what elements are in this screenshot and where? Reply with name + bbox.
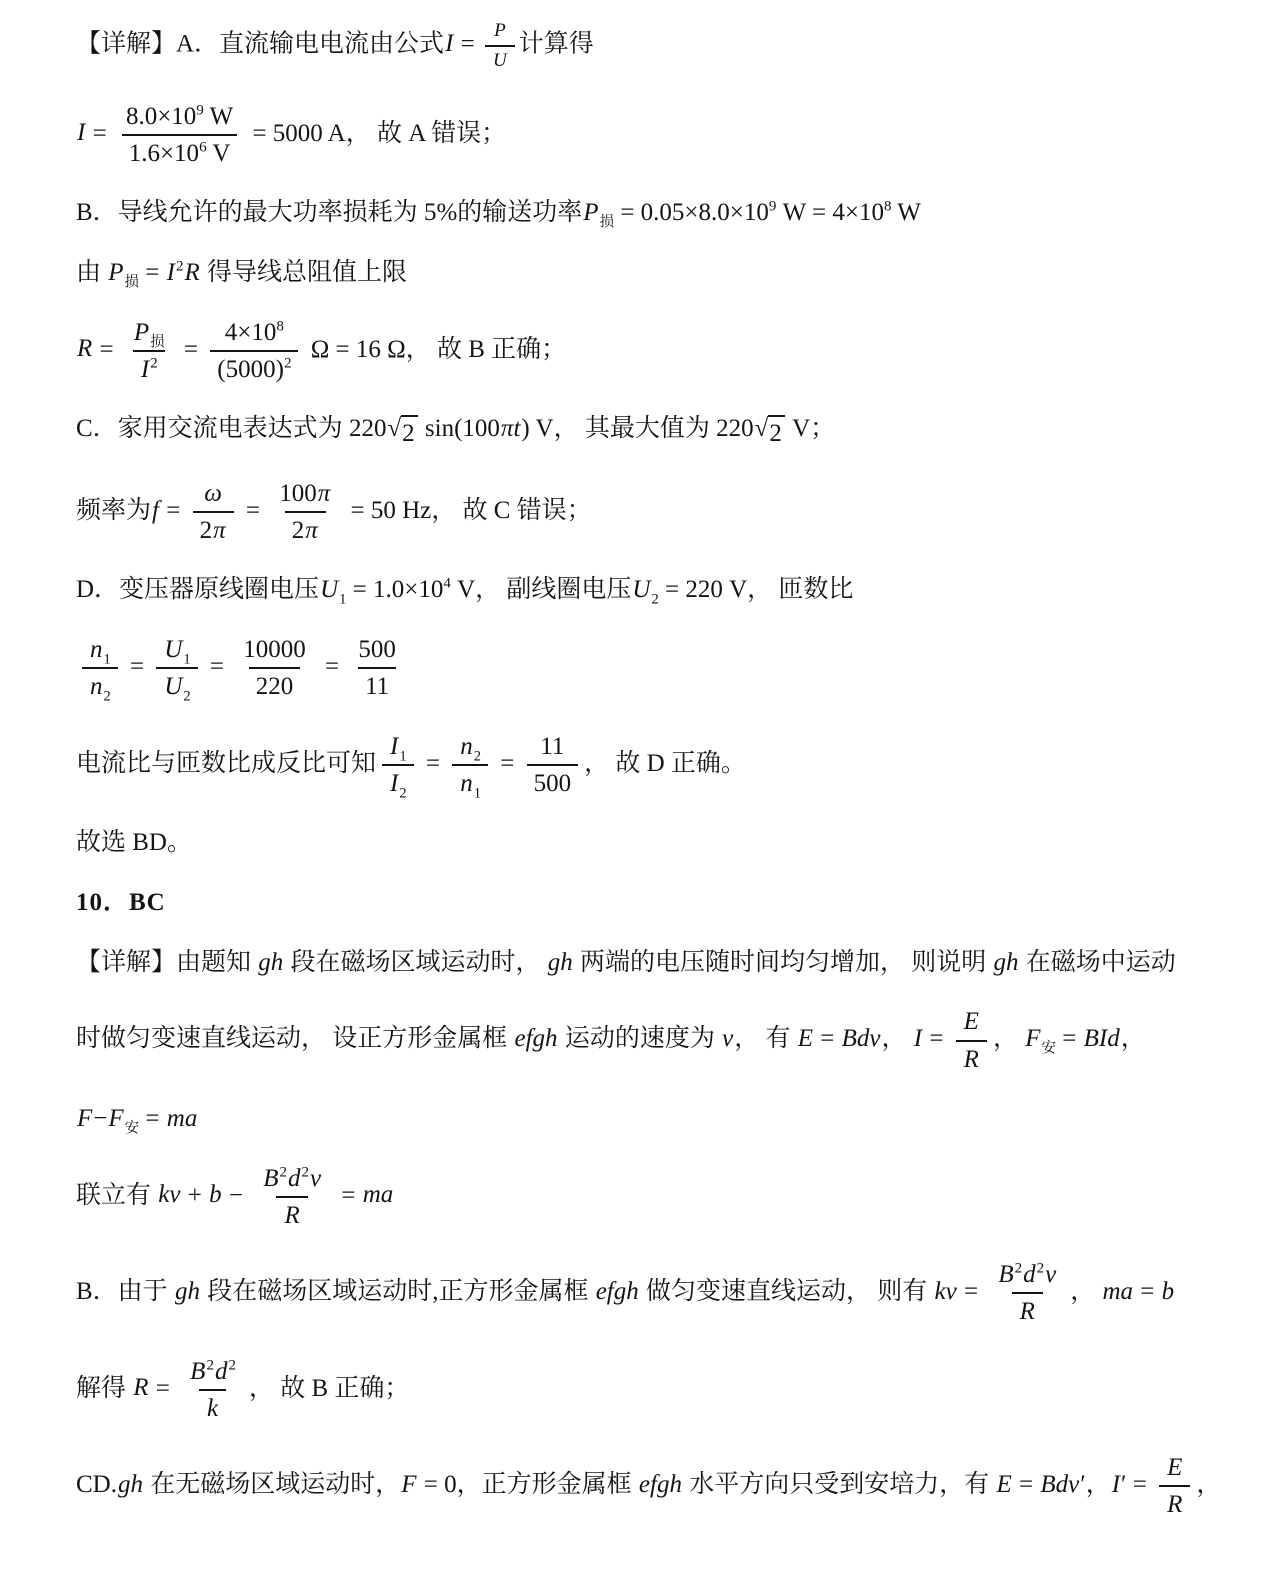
fraction-numerator: ω [196,477,230,511]
math-variable: d [287,1165,302,1192]
math-fraction: U1U2 [156,633,197,704]
q10-option-b: B．由于 gh 段在磁场区域运动时,正方形金属框 efgh 做匀变速直线运动， … [76,1258,1228,1329]
fraction-denominator: I2 [382,764,414,800]
text-run: ； [810,415,835,442]
fraction-denominator: 2π [285,511,326,547]
math-text: = 1.0×10 [346,576,443,603]
fraction-denominator: I2 [133,350,165,386]
math-text: = [93,335,120,362]
text-run: 【详解】A．直流输电电流由公式 [76,30,444,57]
subscripted-variable: P损 [582,196,614,230]
math-variable: R [1166,1491,1183,1518]
radicand: 2 [768,415,785,451]
math-variable: U [492,50,508,71]
square-root: √2 [387,415,417,451]
text-run: B．导线允许的最大功率损耗为 [76,199,424,226]
math-text: W [891,199,920,226]
math-variable: b [208,1181,223,1208]
math-variable: P [133,319,150,346]
math-text: Ω = 16 Ω [304,335,405,362]
math-variable: ma [1101,1278,1134,1305]
math-text: = [958,1278,985,1305]
subscript: 2 [399,785,406,801]
radical-sign-icon: √ [387,415,401,451]
math-fraction: B2d2k [182,1355,243,1426]
subscripted-variable: U1 [163,634,190,665]
fraction-denominator: 11 [358,667,396,703]
math-variable: ma [166,1105,199,1132]
text-run: 两端的电压随时间均匀增加， 则说明 [574,949,993,976]
q9-frequency-formula: 频率为f = ω2π = 100π2π = 50 Hz， 故 C 错误； [76,477,1228,548]
math-fraction: 100π2π [272,477,338,548]
text-run: ， [1196,1471,1221,1498]
math-text: = [86,119,113,146]
math-variable: U [163,636,183,663]
math-variable: gh [117,1471,144,1498]
text-run: ， 故 D 正确。 [584,749,746,776]
radical-sign-icon: √ [755,415,769,451]
text-run: 解得 [76,1374,132,1401]
q9-resistance-formula: R = P损I2 = 4×108(5000)2 Ω = 16 Ω， 故 B 正确… [76,316,1228,387]
text-run: 【详解】由题知 [76,949,257,976]
math-variable: v [309,1165,322,1192]
subscripted-variable: U1 [319,573,346,607]
math-variable: ω [203,480,223,507]
math-variable: P [493,20,507,41]
fraction-numerator: n2 [452,730,488,764]
math-fraction: n1n2 [82,633,118,704]
math-text: = 0.05×8.0×10 [614,199,769,226]
fraction-numerator: E [956,1005,987,1039]
fraction-numerator: E [1159,1451,1190,1485]
math-variable: P [582,199,599,226]
math-text: + [181,1181,208,1208]
text-run: ， 副线圈电压 [475,576,631,603]
subscripted-variable: F安 [107,1102,139,1136]
math-variable: B [262,1165,279,1192]
math-text: = [420,749,447,776]
q9-turns-ratio-formula: n1n2 = U1U2 = 10000220 = 50011 [76,633,1228,704]
superscript: 4 [443,576,451,592]
math-variable: b [1161,1278,1176,1305]
math-text: 1.6×10 [129,140,199,167]
q10-answer: 10．BC [76,886,1228,920]
subscripted-variable: P损 [133,317,165,348]
math-fraction: B2d2vR [990,1258,1064,1329]
math-variable: E [797,1025,814,1052]
text-run: 在磁场中运动 [1020,949,1176,976]
math-variable: BId [1083,1025,1121,1052]
math-text: 5% [424,199,457,226]
math-variable: n [459,733,474,760]
superscript: 2 [1037,1261,1045,1277]
math-variable: efgh [514,1025,559,1052]
math-variable: gh [257,949,284,976]
text-run: D．变压器原线圈电压 [76,576,319,603]
fraction-denominator: k [199,1389,226,1425]
math-variable: B [189,1358,206,1385]
math-fraction: ω2π [193,477,234,548]
document-page: 【详解】A．直流输电电流由公式I = PU计算得I = 8.0×109 W1.6… [0,0,1280,1574]
math-text: = 5000 A [246,119,346,146]
subscripted-variable: n1 [459,768,481,799]
fraction-denominator: R [1159,1485,1190,1521]
math-text: 2 [200,517,213,544]
text-run: ， [1121,1025,1146,1052]
text-run: ， [993,1025,1024,1052]
text-run: ， 其最大值为 [554,415,717,442]
math-variable: E [1166,1454,1183,1481]
math-variable: R [963,1046,980,1073]
math-text: = [124,653,151,680]
math-variable: d [214,1358,229,1385]
text-run: ，正方形金属框 [457,1471,638,1498]
math-variable: I [1111,1471,1121,1498]
fraction-numerator: 100π [272,477,338,511]
math-variable: v [1044,1261,1057,1288]
text-run: 10．BC [76,889,166,916]
math-text: V [207,140,231,167]
text-run: 时做匀变速直线运动， 设正方形金属框 [76,1025,514,1052]
q9-current-formula: I = 8.0×109 W1.6×106 V = 5000 A， 故 A 错误； [76,100,1228,171]
math-variable: P [107,259,124,286]
text-run: 得导线总阻值上限 [201,259,407,286]
subscript: 1 [183,652,190,668]
fraction-denominator: 2π [193,511,234,547]
text-run: ， 匝数比 [747,576,853,603]
math-fraction: 8.0×109 W1.6×106 V [119,100,240,171]
math-variable: n [89,636,104,663]
math-variable: n [89,673,104,700]
fraction-numerator: B2d2v [990,1258,1064,1292]
text-run: B．由于 [76,1278,174,1305]
math-text: 10000 [243,636,306,663]
subscript: 2 [183,689,190,705]
math-text: 500 [358,636,396,663]
q10-option-cd: CD.gh 在无磁场区域运动时，F = 0，正方形金属框 efgh 水平方向只受… [76,1451,1228,1522]
subscripted-variable: n1 [89,634,111,665]
math-variable: B [997,1261,1014,1288]
fraction-numerator: 10000 [236,633,313,667]
superscript: 6 [199,139,207,155]
q9-option-c-expression: C．家用交流电表达式为 220√2 sin(100πt) V， 其最大值为 22… [76,412,1228,451]
text-run: 故选 BD。 [76,829,192,856]
q9-detail-option-a: 【详解】A．直流输电电流由公式I = PU计算得 [76,18,1228,74]
q9-current-ratio: 电流比与匝数比成反比可知I1I2 = n2n1 = 11500， 故 D 正确。 [76,730,1228,801]
math-text: = [454,30,481,57]
superscript: 2 [301,1164,309,1180]
math-variable: n [459,770,474,797]
text-run: 段在磁场区域运动时， [284,949,547,976]
fraction-numerator: U1 [156,633,197,667]
fraction-numerator: B2d2 [182,1355,243,1389]
text-run: ， [1070,1278,1101,1305]
text-run: 联立有 [76,1181,157,1208]
math-text: 100 [279,480,317,507]
q9-resistance-relation: 由 P损 = I2R 得导线总阻值上限 [76,256,1228,290]
subscript: 2 [104,689,111,705]
math-variable: U [319,576,339,603]
math-variable: v [721,1025,734,1052]
fraction-denominator: 220 [249,667,301,703]
subscripted-variable: F安 [1024,1022,1056,1056]
text-run: 运动的速度为 [559,1025,722,1052]
math-text: 4×10 [225,319,277,346]
subscripted-variable: U2 [631,573,658,607]
subscript: 安 [1042,1041,1057,1057]
math-text: W = 4×10 [776,199,884,226]
text-run: 电流比与匝数比成反比可知 [76,749,376,776]
math-text: = [178,335,205,362]
square-root: √2 [755,415,785,451]
math-variable: gh [993,949,1020,976]
math-variable: R [283,1202,300,1229]
q10-detail-line-1: 【详解】由题知 gh 段在磁场区域运动时， gh 两端的电压随时间均匀增加， 则… [76,946,1228,980]
math-variable: d [1022,1261,1037,1288]
math-text: 11 [365,673,389,700]
text-run: 的输送功率 [457,199,582,226]
subscript: 损 [600,215,615,231]
math-text: = [923,1025,950,1052]
math-text: − [93,1105,107,1132]
text-run: ， [881,1025,912,1052]
math-text: ′ = [1121,1471,1153,1498]
math-variable: R [183,259,200,286]
math-text: 220 [349,415,387,442]
subscripted-variable: P损 [107,256,139,290]
math-text: = [814,1025,841,1052]
math-text: = [1056,1025,1083,1052]
subscript: 损 [150,334,165,350]
superscript: 2 [279,1164,287,1180]
math-text: = [240,497,267,524]
math-variable: gh [174,1278,201,1305]
fraction-denominator: 1.6×106 V [122,134,238,170]
math-text: V [786,415,810,442]
math-variable: k [206,1395,219,1422]
math-variable: π [317,480,332,507]
superscript: 2 [1015,1261,1023,1277]
subscripted-variable: n2 [89,671,111,702]
q9-answer: 故选 BD。 [76,826,1228,860]
subscripted-variable: n2 [459,731,481,762]
subscript: 2 [651,592,658,608]
math-variable: I [140,356,150,383]
math-fraction: PU [485,18,515,74]
fraction-denominator: U2 [156,667,197,703]
text-run: 段在磁场区域运动时,正方形金属框 [201,1278,595,1305]
math-fraction: 11500 [527,730,579,801]
math-variable: R [76,335,93,362]
math-variable: Bdv [841,1025,882,1052]
fraction-denominator: n2 [82,667,118,703]
math-text: = [1013,1471,1040,1498]
math-text: 2 [292,517,305,544]
math-variable: I [389,733,399,760]
subscripted-variable: U2 [163,671,190,702]
fraction-denominator: U [485,45,515,74]
text-run: 计算得 [519,30,594,57]
text-run: ， 故 A 错误； [346,119,506,146]
radicand: 2 [401,415,418,451]
math-variable: U [163,673,183,700]
fraction-denominator: (5000)2 [210,350,298,386]
q9-option-b-power-loss: B．导线允许的最大功率损耗为 5%的输送功率P损 = 0.05×8.0×109 … [76,196,1228,230]
fraction-numerator: 8.0×109 W [119,100,240,134]
math-variable: E [995,1471,1012,1498]
fraction-denominator: R [956,1040,987,1076]
subscript: 1 [399,748,406,764]
text-run: 频率为 [76,497,151,524]
math-variable: I [444,30,454,57]
math-variable: E [963,1008,980,1035]
math-variable: R [1019,1298,1036,1325]
fraction-numerator: 11 [533,730,571,764]
math-text: 500 [534,770,572,797]
math-text: = [139,1105,166,1132]
subscript: 安 [125,1120,140,1136]
text-run: ， 有 [734,1025,797,1052]
fraction-numerator: 500 [351,633,403,667]
superscript: 2 [228,1357,236,1373]
fraction-denominator: n1 [452,764,488,800]
math-text: = 50 Hz [344,497,431,524]
fraction-numerator: n1 [82,633,118,667]
text-run: 做匀变速直线运动， 则有 [640,1278,934,1305]
math-variable: F [107,1105,124,1132]
math-variable: I [76,119,86,146]
fraction-numerator: I1 [382,730,414,764]
math-variable: kv [157,1181,181,1208]
math-fraction: 4×108(5000)2 [210,316,298,387]
math-variable: Bdv [1039,1471,1080,1498]
math-text: − [223,1181,250,1208]
math-variable: F [76,1105,93,1132]
text-run: CD. [76,1471,117,1498]
subscript: 损 [125,274,140,290]
math-variable: I [913,1025,923,1052]
solution-document: 【详解】A．直流输电电流由公式I = PU计算得I = 8.0×109 W1.6… [76,18,1228,1522]
math-variable: U [631,576,651,603]
math-fraction: I1I2 [382,730,414,801]
math-fraction: B2d2vR [255,1162,329,1233]
q10-combined-equation: 联立有 kv + b − B2d2vR = ma [76,1162,1228,1233]
superscript: 9 [196,102,204,118]
q10-option-b-result: 解得 R = B2d2k， 故 B 正确； [76,1355,1228,1426]
math-variable: gh [547,949,574,976]
math-fraction: ER [1159,1451,1190,1522]
math-text: ) V [521,415,553,442]
fraction-numerator: P [486,18,514,45]
math-text: 8.0×10 [126,103,196,130]
math-text: sin(100 [419,415,500,442]
fraction-denominator: R [276,1196,307,1232]
math-fraction: ER [956,1005,987,1076]
subscripted-variable: I1 [389,731,407,762]
math-text: = [139,259,166,286]
superscript: 2 [150,355,158,371]
superscript: 2 [284,355,292,371]
fraction-numerator: B2d2v [255,1162,329,1196]
math-variable: f [151,497,160,524]
math-fraction: 50011 [351,633,403,704]
fraction-numerator: P损 [126,316,172,350]
q10-newton-equation: F−F安 = ma [76,1102,1228,1136]
fraction-numerator: 4×108 [218,316,291,350]
text-run: 水平方向只受到安培力，有 [683,1471,996,1498]
text-run: ， 故 B 正确； [406,335,566,362]
fraction-denominator: R [1012,1292,1043,1328]
math-variable: ma [362,1181,395,1208]
math-text: = [1134,1278,1161,1305]
math-text: (5000) [217,356,284,383]
math-variable: efgh [638,1471,683,1498]
text-run: C．家用交流电表达式为 [76,415,349,442]
math-text: = [150,1374,177,1401]
math-fraction: n2n1 [452,730,488,801]
text-run: ， [1086,1471,1111,1498]
math-text: 11 [540,733,564,760]
math-variable: πt [500,415,521,442]
math-variable: kv [934,1278,958,1305]
fraction-denominator: 500 [527,764,579,800]
math-variable: F [400,1471,417,1498]
superscript: 2 [206,1357,214,1373]
math-variable: efgh [595,1278,640,1305]
math-text: = 220 V [659,576,747,603]
text-run: ， 故 B 正确； [249,1374,409,1401]
math-variable: F [1024,1025,1041,1052]
text-run: ， 故 C 错误； [431,497,591,524]
math-text: = 0 [418,1471,457,1498]
math-text: = [494,749,521,776]
subscript: 2 [474,748,481,764]
math-text: = [160,497,187,524]
math-variable: R [132,1374,149,1401]
q10-detail-line-2: 时做匀变速直线运动， 设正方形金属框 efgh 运动的速度为 v， 有 E = … [76,1005,1228,1076]
math-text: 220 [716,415,754,442]
math-fraction: P损I2 [126,316,172,387]
math-text: V [451,576,475,603]
math-text: 220 [256,673,294,700]
math-text: = [204,653,231,680]
text-run: 由 [76,259,107,286]
math-variable: I [166,259,176,286]
subscript: 1 [474,785,481,801]
subscripted-variable: I2 [389,768,407,799]
math-text: = [319,653,346,680]
math-text: = [335,1181,362,1208]
math-fraction: 10000220 [236,633,313,704]
text-run: 在无磁场区域运动时， [144,1471,400,1498]
math-variable: I [389,770,399,797]
superscript: 8 [276,318,284,334]
subscript: 1 [104,652,111,668]
q9-option-d-voltages: D．变压器原线圈电压U1 = 1.0×104 V， 副线圈电压U2 = 220 … [76,573,1228,607]
math-variable: π [212,517,227,544]
math-variable: π [304,517,319,544]
math-text: W [204,103,233,130]
